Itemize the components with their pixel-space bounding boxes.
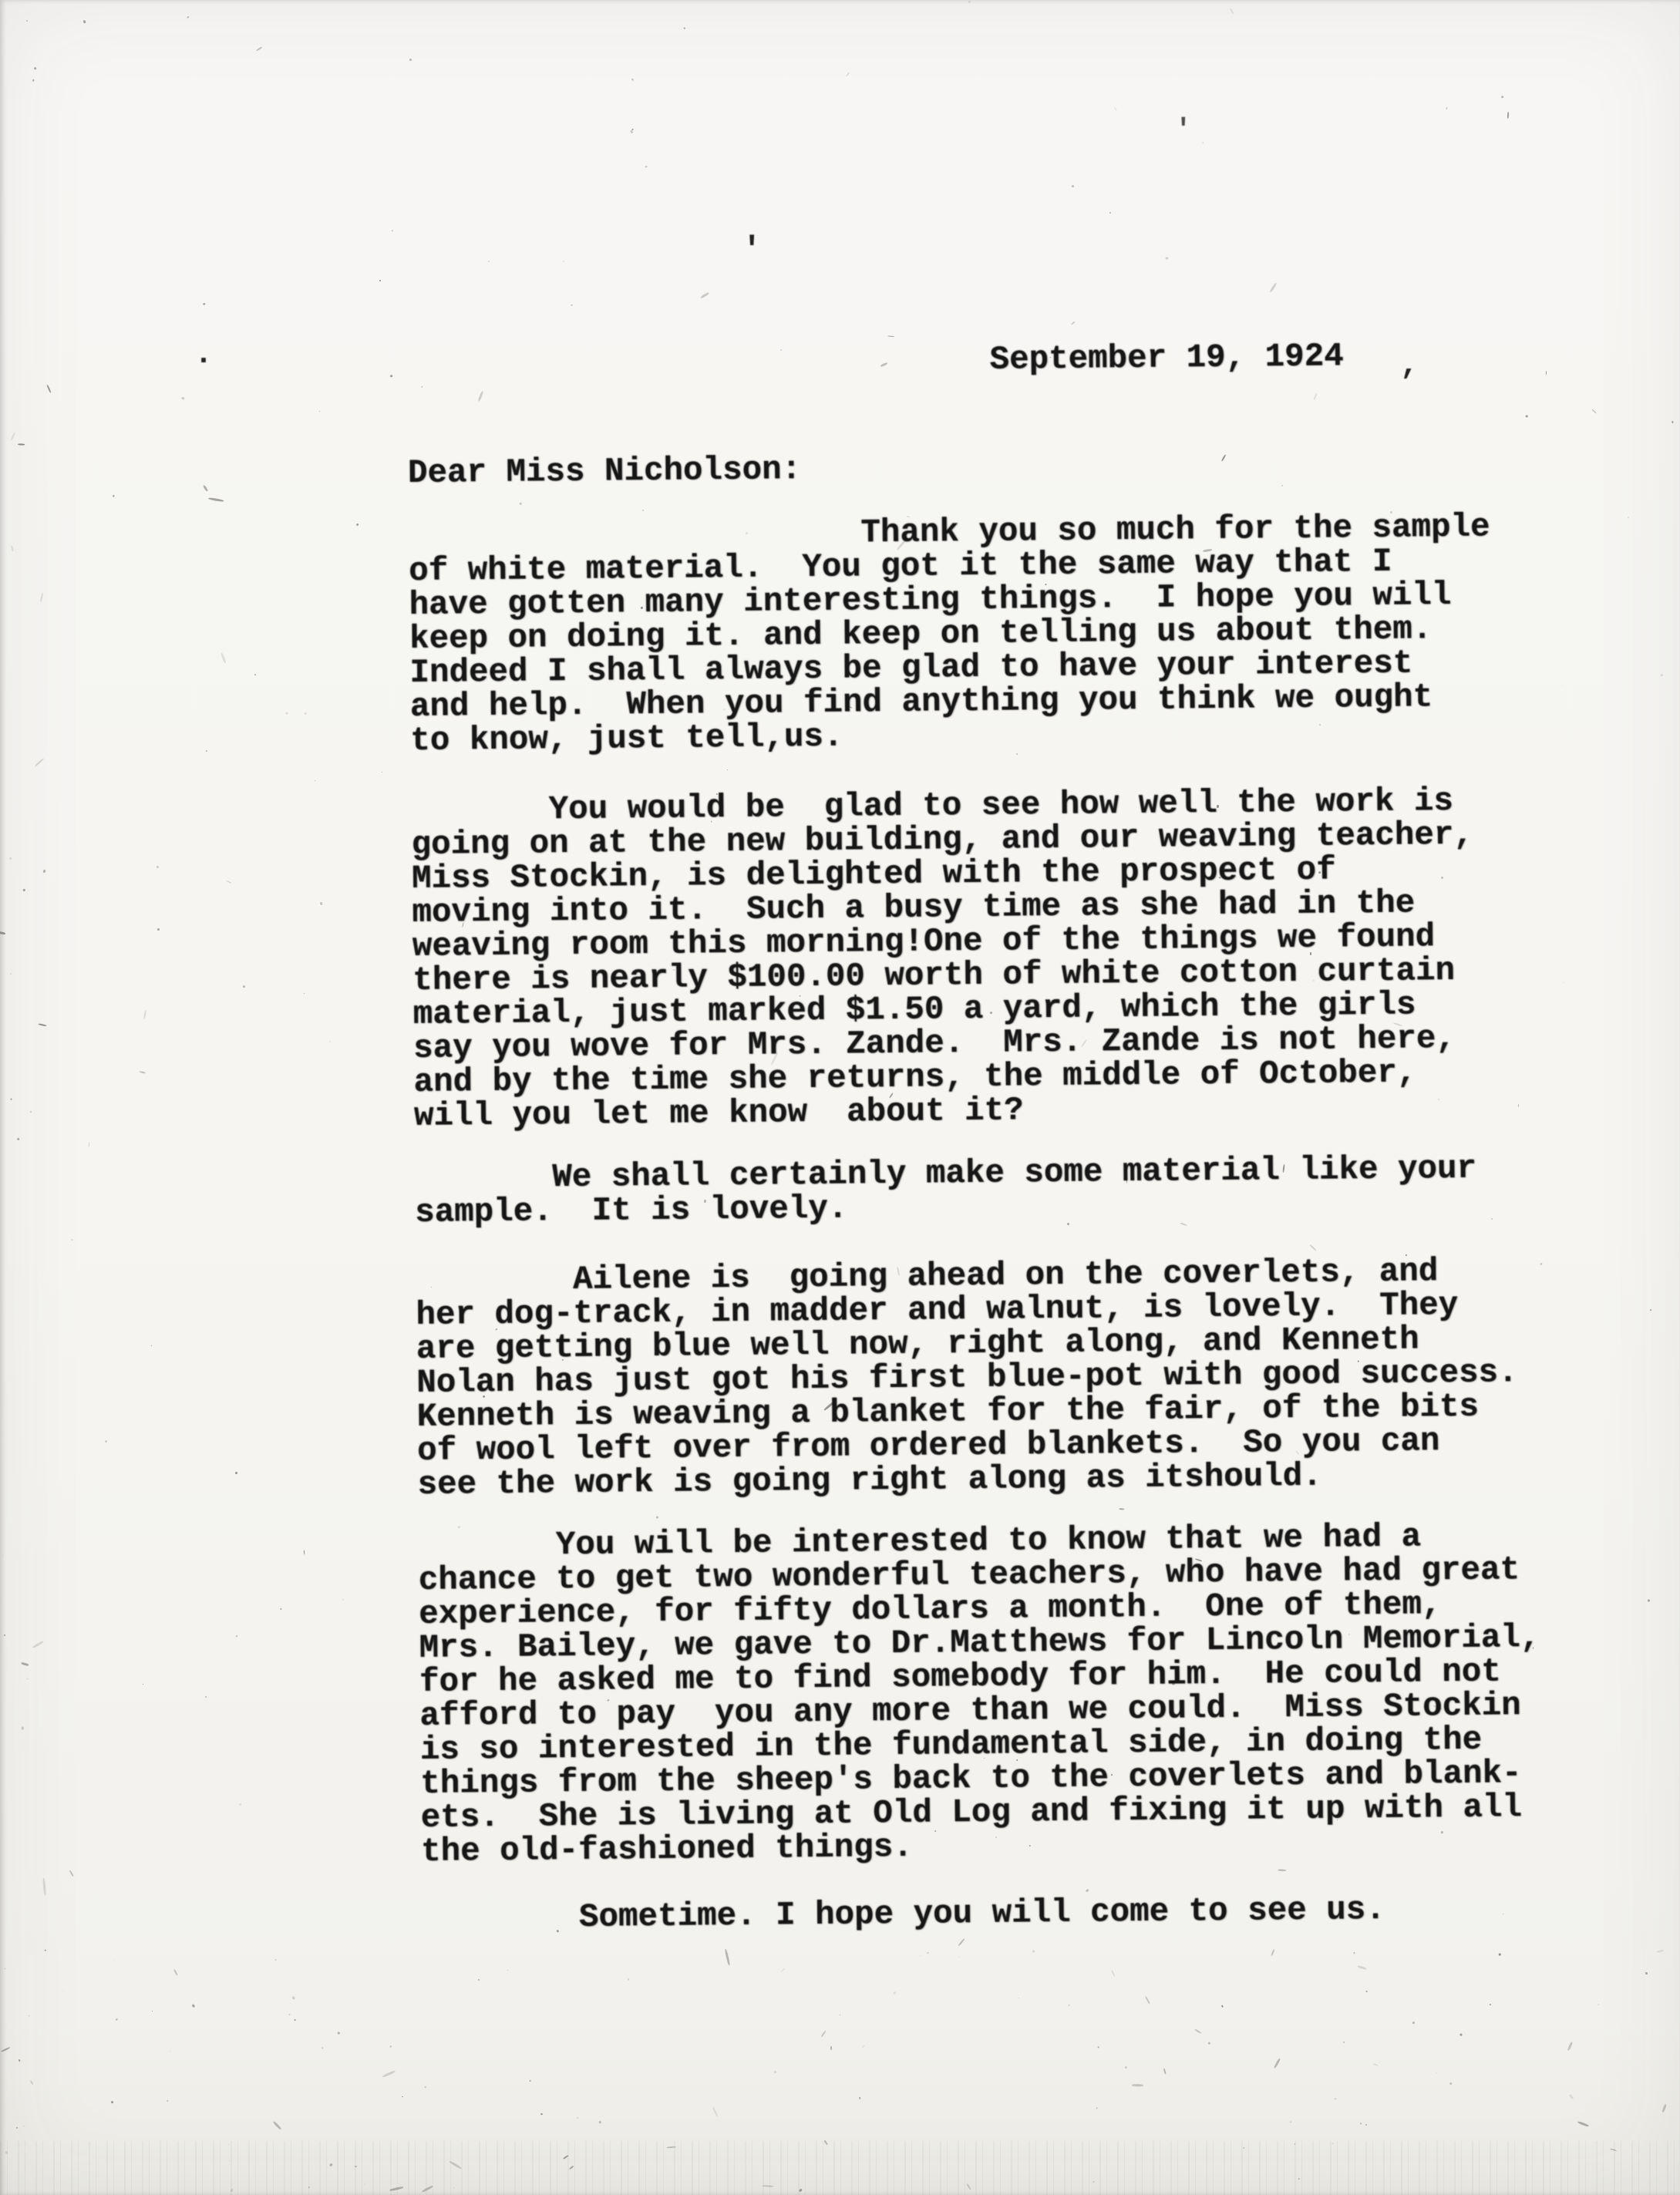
paragraph-new-building: You would be glad to see how well the wo… [411,783,1601,1133]
paragraph-coverlets: Ailene is going ahead on the coverlets, … [416,1253,1605,1502]
typewritten-letter-body: September 19, 1924 Dear Miss Nicholson: … [406,337,1609,1968]
paragraph-teachers: You will be interested to know that we h… [418,1518,1608,1869]
stray-ink-mark: ' [1175,114,1192,146]
stray-ink-mark: ' [742,231,762,270]
letter-date: September 19, 1924 [989,337,1594,377]
stray-ink-mark: . [194,338,213,372]
closing-line: Sometime. I hope you will come to see us… [422,1890,1609,1936]
paragraph-sample-lovely: We shall certainly make some material li… [415,1150,1603,1230]
salutation-line: Dear Miss Nicholson: [408,445,1595,490]
paragraph-thank-you: Thank you so much for the sample of whit… [409,509,1598,758]
bottom-scan-grain [0,2141,1680,2195]
scanned-letter-page: ' , . ' September 19, 1924 Dear Miss Nic… [0,0,1680,2195]
